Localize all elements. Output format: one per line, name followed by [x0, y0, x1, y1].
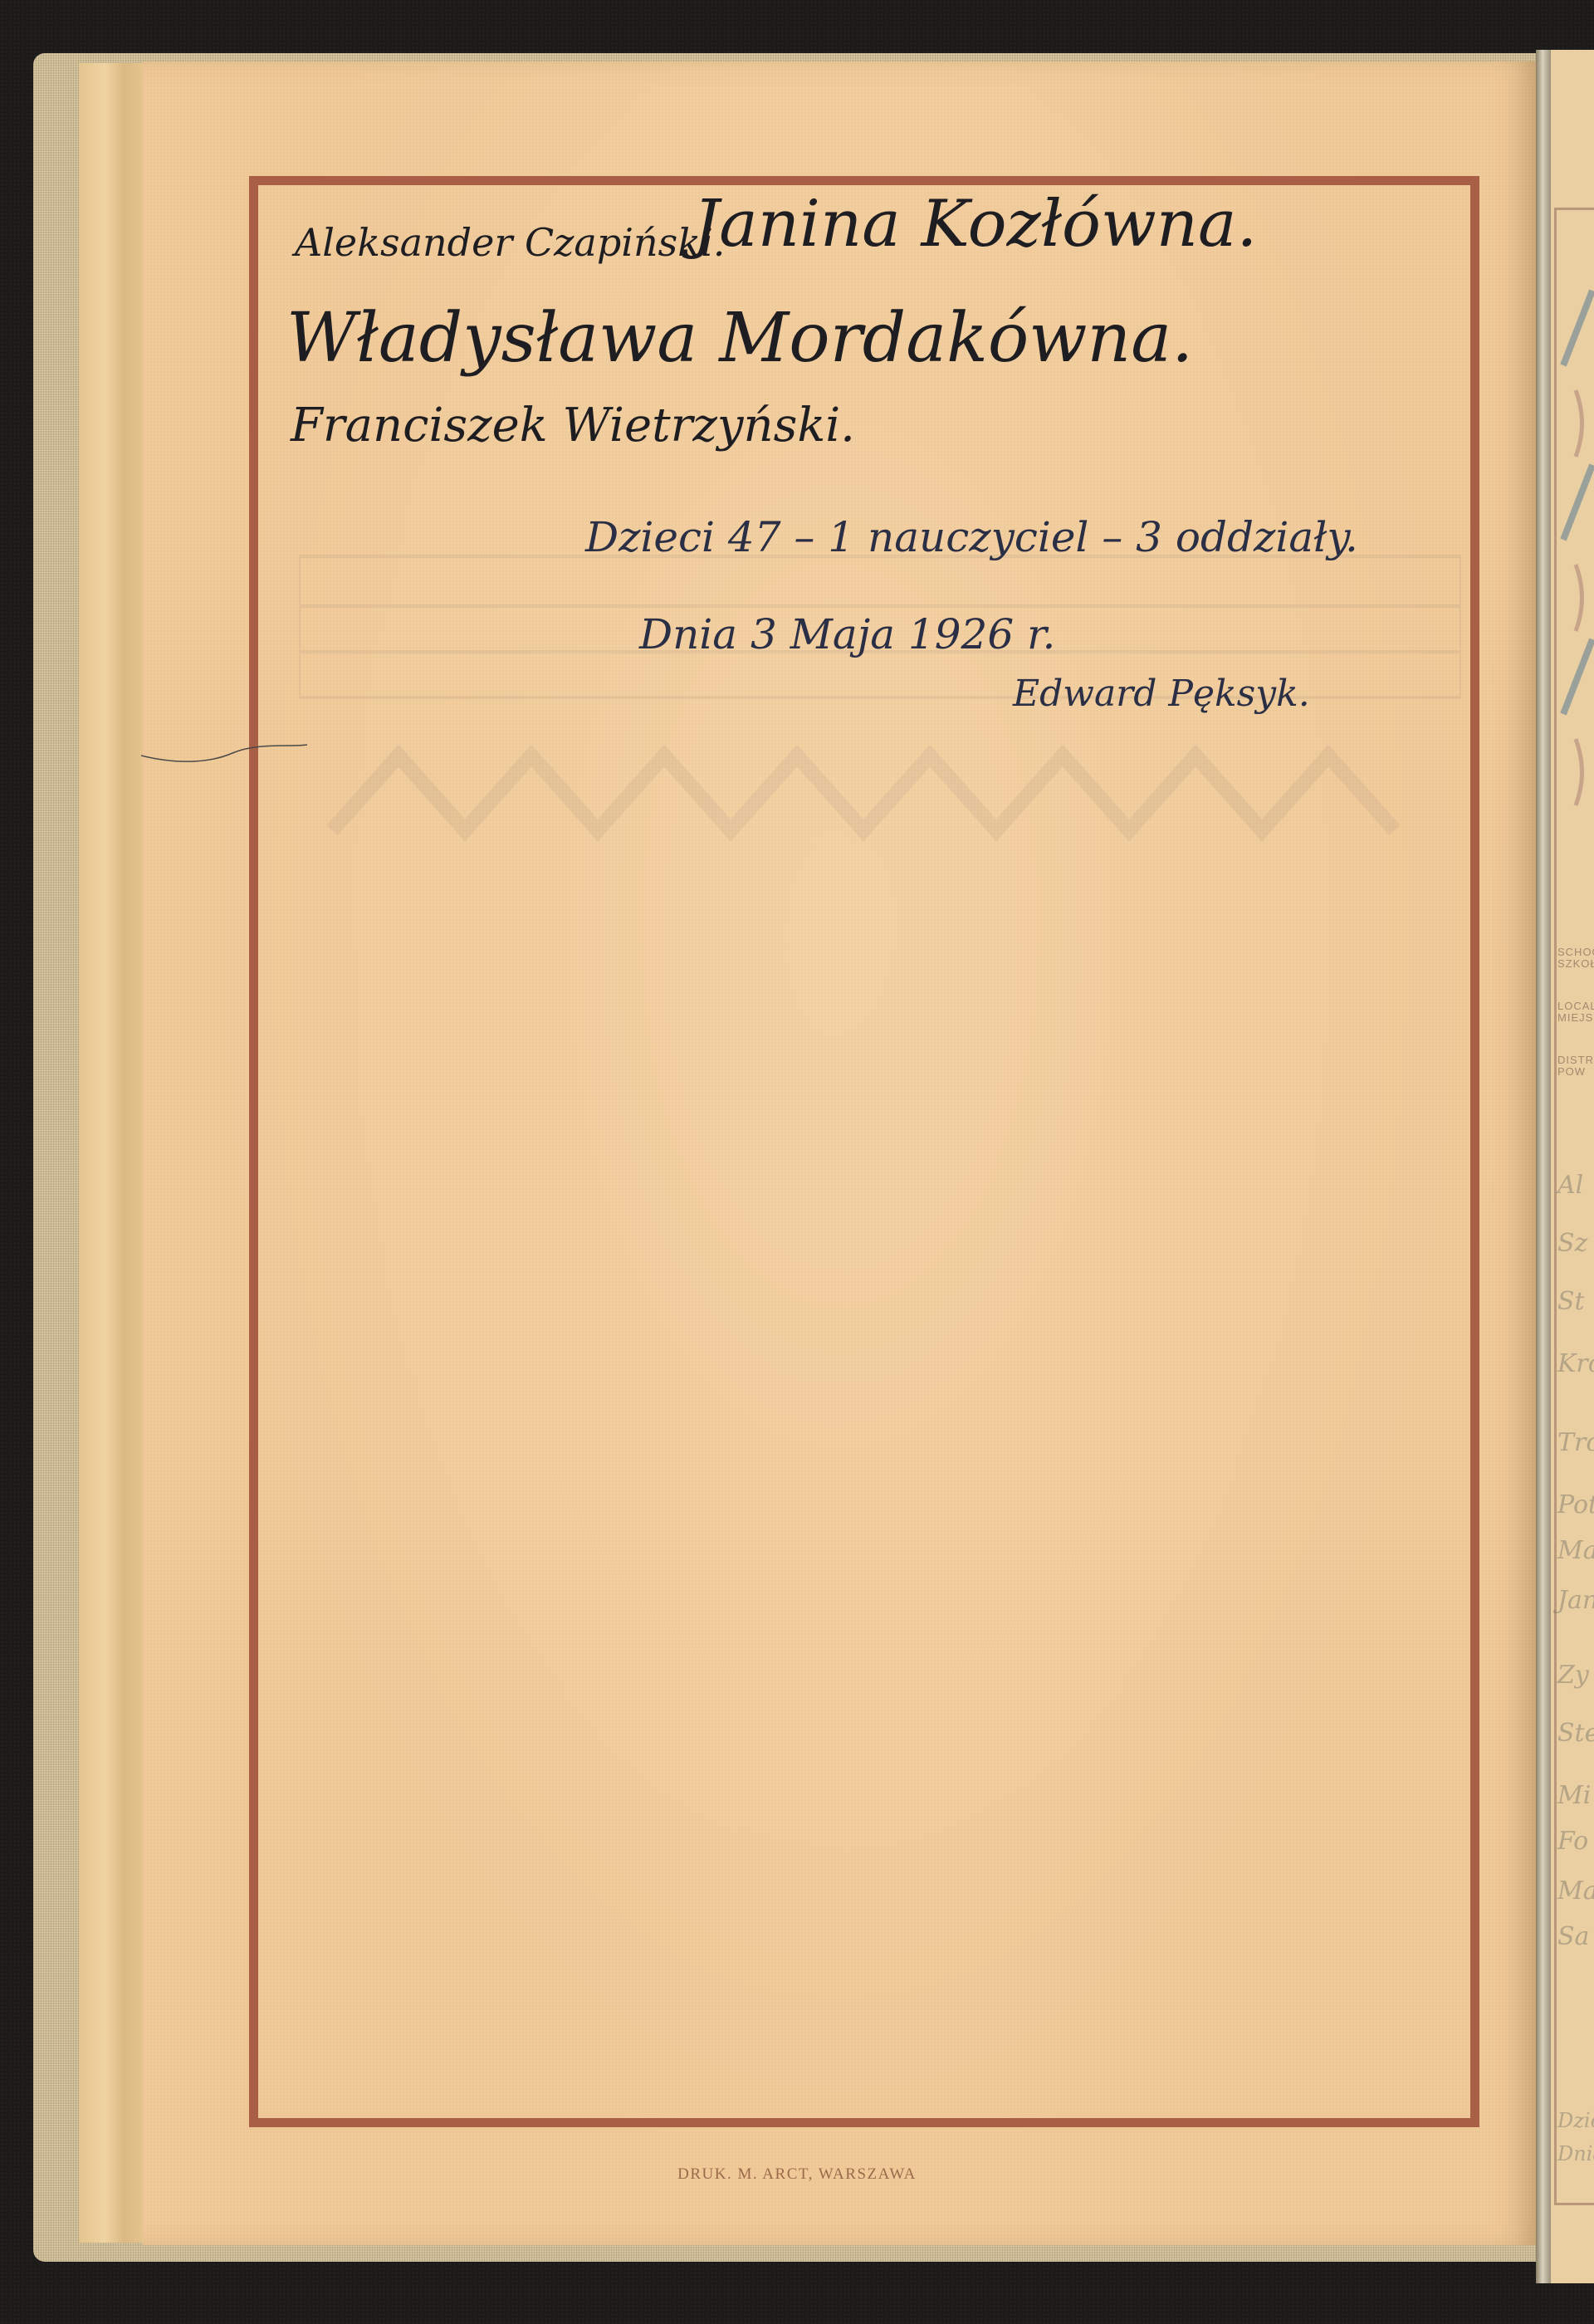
- adjacent-label-locality: LOCALMIEJS: [1557, 1001, 1594, 1024]
- adjacent-handwriting: Kro: [1557, 1349, 1594, 1378]
- adjacent-label-district: DISTRPOW: [1557, 1054, 1594, 1078]
- handwritten-name-wladyslawa: Władysława Mordakówna.: [286, 299, 1193, 378]
- adjacent-page-ornament: [1559, 266, 1594, 897]
- adjacent-handwriting: Ma: [1557, 1536, 1594, 1565]
- adjacent-handwriting: Sz: [1557, 1229, 1587, 1258]
- adjacent-label-school: SCHOOSZKOŁ: [1557, 947, 1594, 970]
- adjacent-handwriting: Tro: [1557, 1428, 1594, 1457]
- handwritten-signature: Edward Pęksyk.: [1013, 673, 1310, 715]
- handwritten-name-aleksander: Aleksander Czapiński.: [295, 220, 725, 265]
- adjacent-handwriting: Ste: [1557, 1719, 1594, 1748]
- adjacent-handwriting: Dnia: [1557, 2142, 1594, 2165]
- adjacent-handwriting: Pot: [1557, 1490, 1594, 1519]
- printer-credit: DRUK. M. ARCT, WARSZAWA: [0, 2165, 1594, 2184]
- adjacent-handwriting: Al: [1557, 1171, 1583, 1200]
- adjacent-handwriting: Mi: [1557, 1781, 1591, 1810]
- stray-hair-mark: [141, 743, 307, 768]
- adjacent-handwriting: Sa: [1557, 1922, 1589, 1951]
- handwritten-summary-line: Dzieci 47 – 1 nauczyciel – 3 oddziały.: [585, 513, 1358, 561]
- handwritten-name-janina: Janina Kozłówna.: [693, 187, 1257, 262]
- adjacent-page-edge: SCHOOSZKOŁ LOCALMIEJS DISTRPOW Al Sz St …: [1551, 50, 1594, 2283]
- adjacent-handwriting: Zy: [1557, 1661, 1589, 1690]
- book-gutter: [1536, 50, 1551, 2283]
- adjacent-handwriting: Ma: [1557, 1876, 1594, 1906]
- handwritten-name-franciszek: Franciszek Wietrzyński.: [291, 399, 855, 453]
- adjacent-handwriting: Dzieci: [1557, 2109, 1594, 2132]
- adjacent-handwriting: Jan: [1557, 1586, 1594, 1615]
- adjacent-handwriting: St: [1557, 1287, 1585, 1316]
- adjacent-handwriting: Fo: [1557, 1827, 1588, 1856]
- handwritten-date-line: Dnia 3 Maja 1926 r.: [639, 610, 1055, 658]
- decorative-frame-border: [249, 176, 1479, 2127]
